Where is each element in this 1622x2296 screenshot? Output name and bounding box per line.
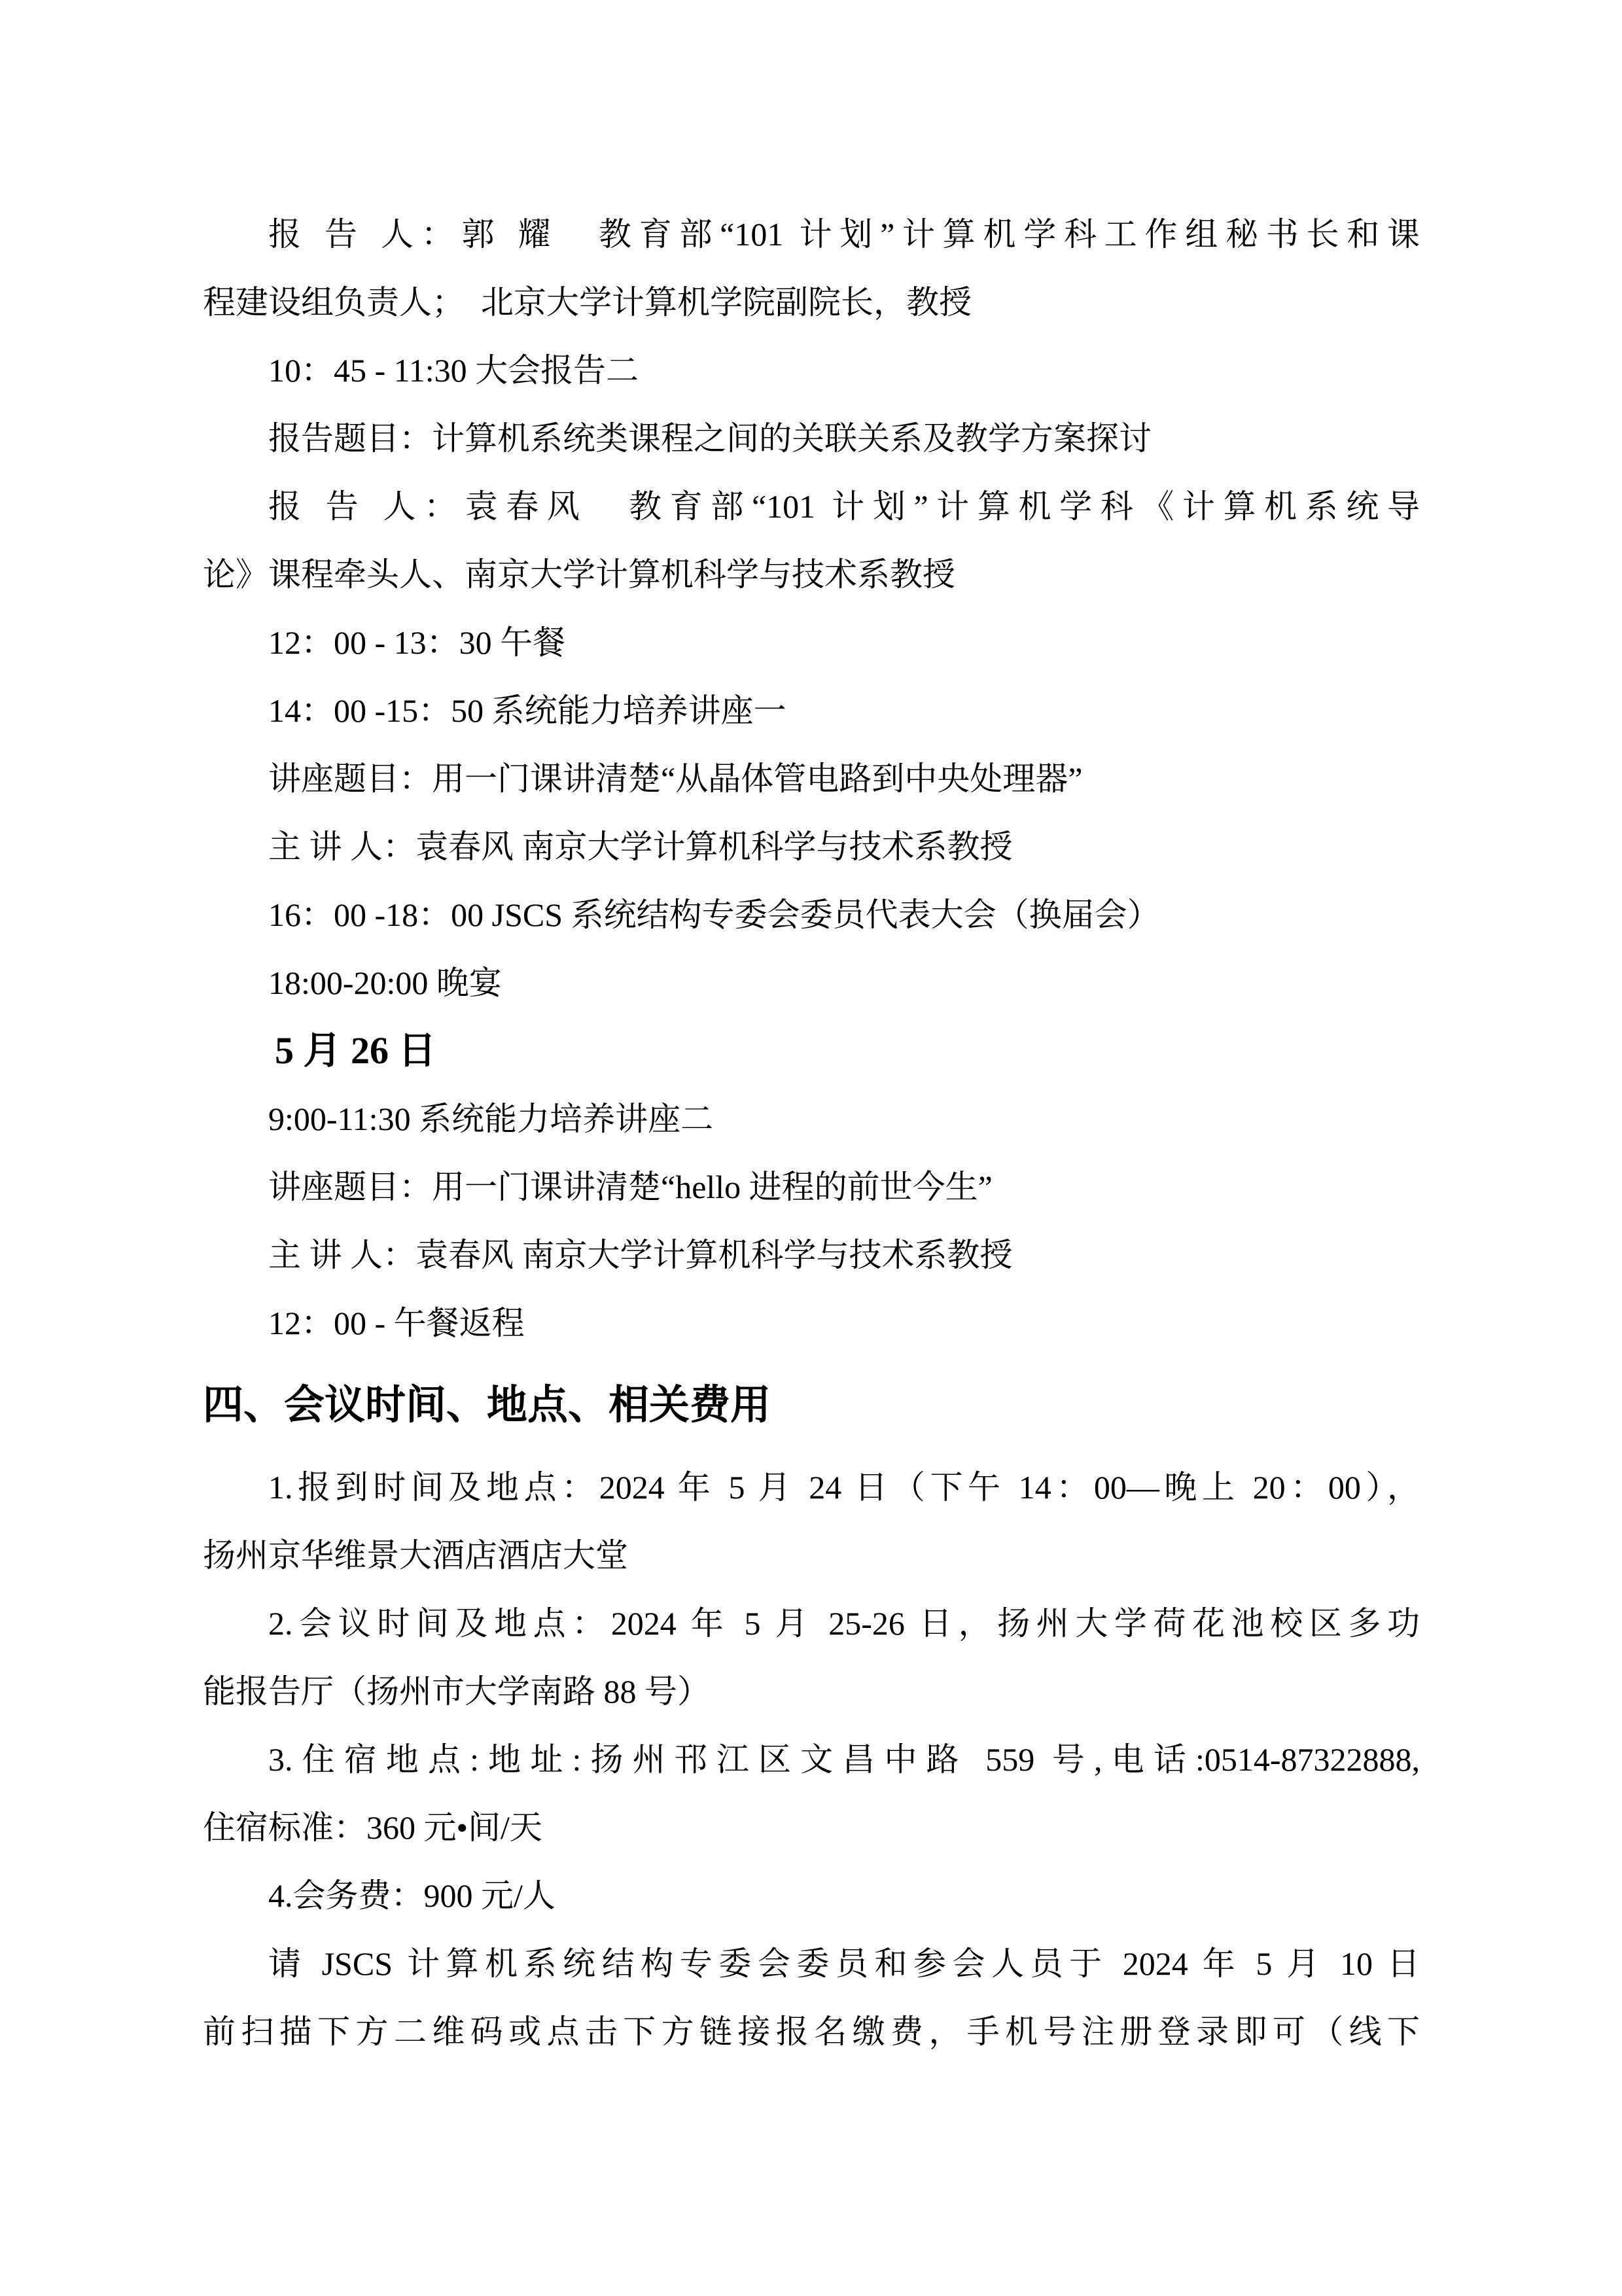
- doc-line: 12：00 - 午餐返程: [203, 1289, 1420, 1357]
- doc-line: 请 JSCS 计算机系统结构专委会委员和参会人员于 2024 年 5 月 10 …: [203, 1930, 1420, 1998]
- doc-line: 18:00-20:00 晚宴: [203, 949, 1420, 1017]
- doc-line: 1.报到时间及地点：2024 年 5 月 24 日（下午 14：00—晚上 20…: [203, 1453, 1420, 1521]
- doc-line: 10：45 - 11:30 大会报告二: [203, 336, 1420, 404]
- doc-line: 16：00 -18：00 JSCS 系统结构专委会委员代表大会（换届会）: [203, 881, 1420, 949]
- doc-line: 住宿标准：360 元•间/天: [203, 1793, 1420, 1862]
- doc-line: 能报告厅（扬州市大学南路 88 号）: [203, 1657, 1420, 1725]
- doc-line: 报告题目：计算机系统类课程之间的关联关系及教学方案探讨: [203, 404, 1420, 472]
- doc-line: 主 讲 人：袁春风 南京大学计算机科学与技术系教授: [203, 813, 1420, 881]
- doc-line: 主 讲 人：袁春风 南京大学计算机科学与技术系教授: [203, 1221, 1420, 1289]
- doc-line: 论》课程牵头人、南京大学计算机科学与技术系教授: [203, 540, 1420, 609]
- doc-line: 4.会务费：900 元/人: [203, 1862, 1420, 1930]
- doc-line: 讲座题目：用一门课讲清楚“hello 进程的前世今生”: [203, 1153, 1420, 1221]
- section-4-heading: 四、会议时间、地点、相关费用: [203, 1357, 1420, 1453]
- document-page: 报 告 人：郭 耀 教育部“101 计划”计算机学科工作组秘书长和课 程建设组负…: [0, 0, 1622, 2296]
- document-content: 报 告 人：郭 耀 教育部“101 计划”计算机学科工作组秘书长和课 程建设组负…: [203, 200, 1420, 2066]
- doc-line: 3.住宿地点:地址:扬州邗江区文昌中路 559 号,电话:0514-873228…: [203, 1725, 1420, 1793]
- doc-line: 14：00 -15：50 系统能力培养讲座一: [203, 677, 1420, 745]
- doc-line: 9:00-11:30 系统能力培养讲座二: [203, 1085, 1420, 1153]
- doc-line: 程建设组负责人； 北京大学计算机学院副院长，教授: [203, 268, 1420, 336]
- may26-date-heading: 5 月 26 日: [203, 1017, 1420, 1085]
- doc-line: 报 告 人：袁春风 教育部“101 计划”计算机学科《计算机系统导: [203, 472, 1420, 540]
- doc-line: 2.会议时间及地点：2024 年 5 月 25-26 日，扬州大学荷花池校区多功: [203, 1589, 1420, 1657]
- doc-line: 前扫描下方二维码或点击下方链接报名缴费，手机号注册登录即可（线下: [203, 1998, 1420, 2066]
- doc-line: 报 告 人：郭 耀 教育部“101 计划”计算机学科工作组秘书长和课: [203, 200, 1420, 268]
- doc-line: 讲座题目：用一门课讲清楚“从晶体管电路到中央处理器”: [203, 745, 1420, 813]
- doc-line: 12：00 - 13：30 午餐: [203, 609, 1420, 677]
- doc-line: 扬州京华维景大酒店酒店大堂: [203, 1521, 1420, 1589]
